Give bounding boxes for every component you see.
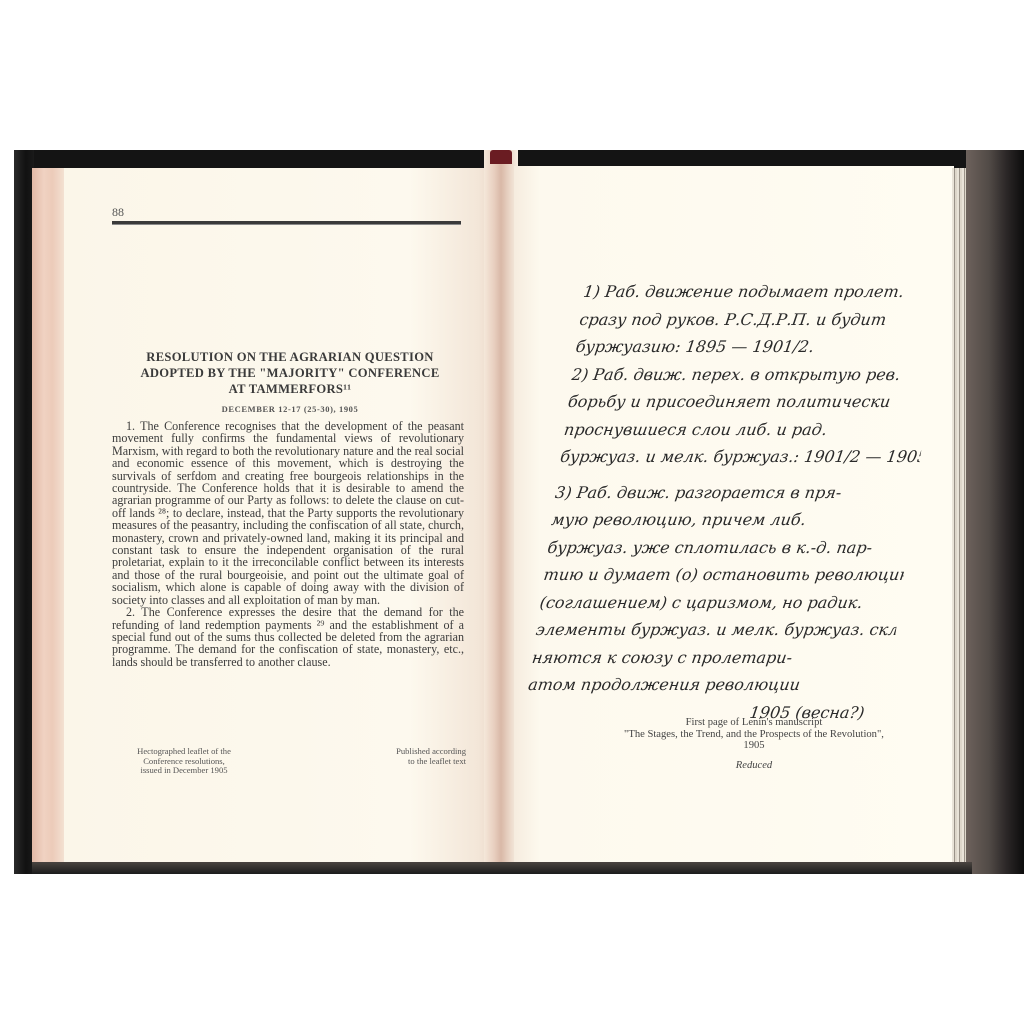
title-line: AT TAMMERFORS¹¹ (120, 381, 460, 397)
source-note-line: issued in December 1905 (114, 766, 254, 776)
page-edge-left (32, 168, 66, 865)
book-cover-right (966, 150, 1024, 874)
manuscript-line: няются к союзу с пролетари- (530, 644, 894, 672)
manuscript-line: тию и думает (о) остановить революцию (542, 561, 906, 589)
caption-line: 1905 (574, 740, 934, 752)
manuscript-line: буржуазию: 1895 — 1901/2. (574, 333, 938, 361)
manuscript-line: (соглашением) с царизмом, но радик. (538, 589, 902, 617)
publication-note-line: to the leaflet text (354, 757, 466, 767)
manuscript-line: 2) Раб. движ. перех. в открытую рев. (570, 361, 934, 389)
manuscript-line: элементы буржуаз. и мелк. буржуаз. скло- (534, 616, 898, 644)
handwritten-manuscript: 1) Раб. движение подымает пролет. сразу … (523, 278, 946, 726)
header-rule (112, 221, 461, 225)
page-number: 88 (112, 205, 124, 220)
paragraph-2: 2. The Conference expresses the desire t… (112, 606, 464, 668)
title-line: RESOLUTION ON THE AGRARIAN QUESTION (120, 349, 460, 365)
figure-caption: First page of Lenin's manuscript "The St… (574, 717, 934, 752)
open-book: 88 RESOLUTION ON THE AGRARIAN QUESTION A… (14, 150, 1024, 874)
document-title: RESOLUTION ON THE AGRARIAN QUESTION ADOP… (120, 349, 460, 397)
manuscript-line: 1) Раб. движение подымает пролет. (582, 278, 946, 306)
caption-line: "The Stages, the Trend, and the Prospect… (574, 729, 934, 741)
resolution-body: 1. The Conference recognises that the de… (112, 420, 464, 668)
manuscript-line: буржуаз. и мелк. буржуаз.: 1901/2 — 1905… (558, 443, 922, 471)
manuscript-line: 3) Раб. движ. разгорается в пря- (553, 479, 917, 507)
manuscript-line: борьбу и присоединяет политически (566, 388, 930, 416)
manuscript-line: мую революцию, причем либ. (550, 506, 914, 534)
caption-reduced-note: Reduced (574, 760, 934, 771)
book-gutter (484, 150, 518, 865)
book-bottom-edge (32, 862, 972, 874)
title-line: ADOPTED BY THE "MAJORITY" CONFERENCE (120, 365, 460, 381)
book-cover-left (14, 150, 34, 874)
manuscript-line: атом продолжения революции (526, 671, 890, 699)
page-edge-right (952, 168, 966, 862)
publication-note: Published according to the leaflet text (354, 747, 466, 766)
document-date: DECEMBER 12-17 (25-30), 1905 (120, 404, 460, 414)
caption-line: First page of Lenin's manuscript (574, 717, 934, 729)
manuscript-line: буржуаз. уже сплотилась в к.-д. пар- (546, 534, 910, 562)
manuscript-line: проснувшиеся слои либ. и рад. (562, 416, 926, 444)
source-note: Hectographed leaflet of the Conference r… (114, 747, 254, 776)
bookmark-ribbon (490, 150, 512, 164)
manuscript-line: сразу под руков. Р.С.Д.Р.П. и будит (578, 306, 942, 334)
paragraph-1: 1. The Conference recognises that the de… (112, 420, 464, 606)
